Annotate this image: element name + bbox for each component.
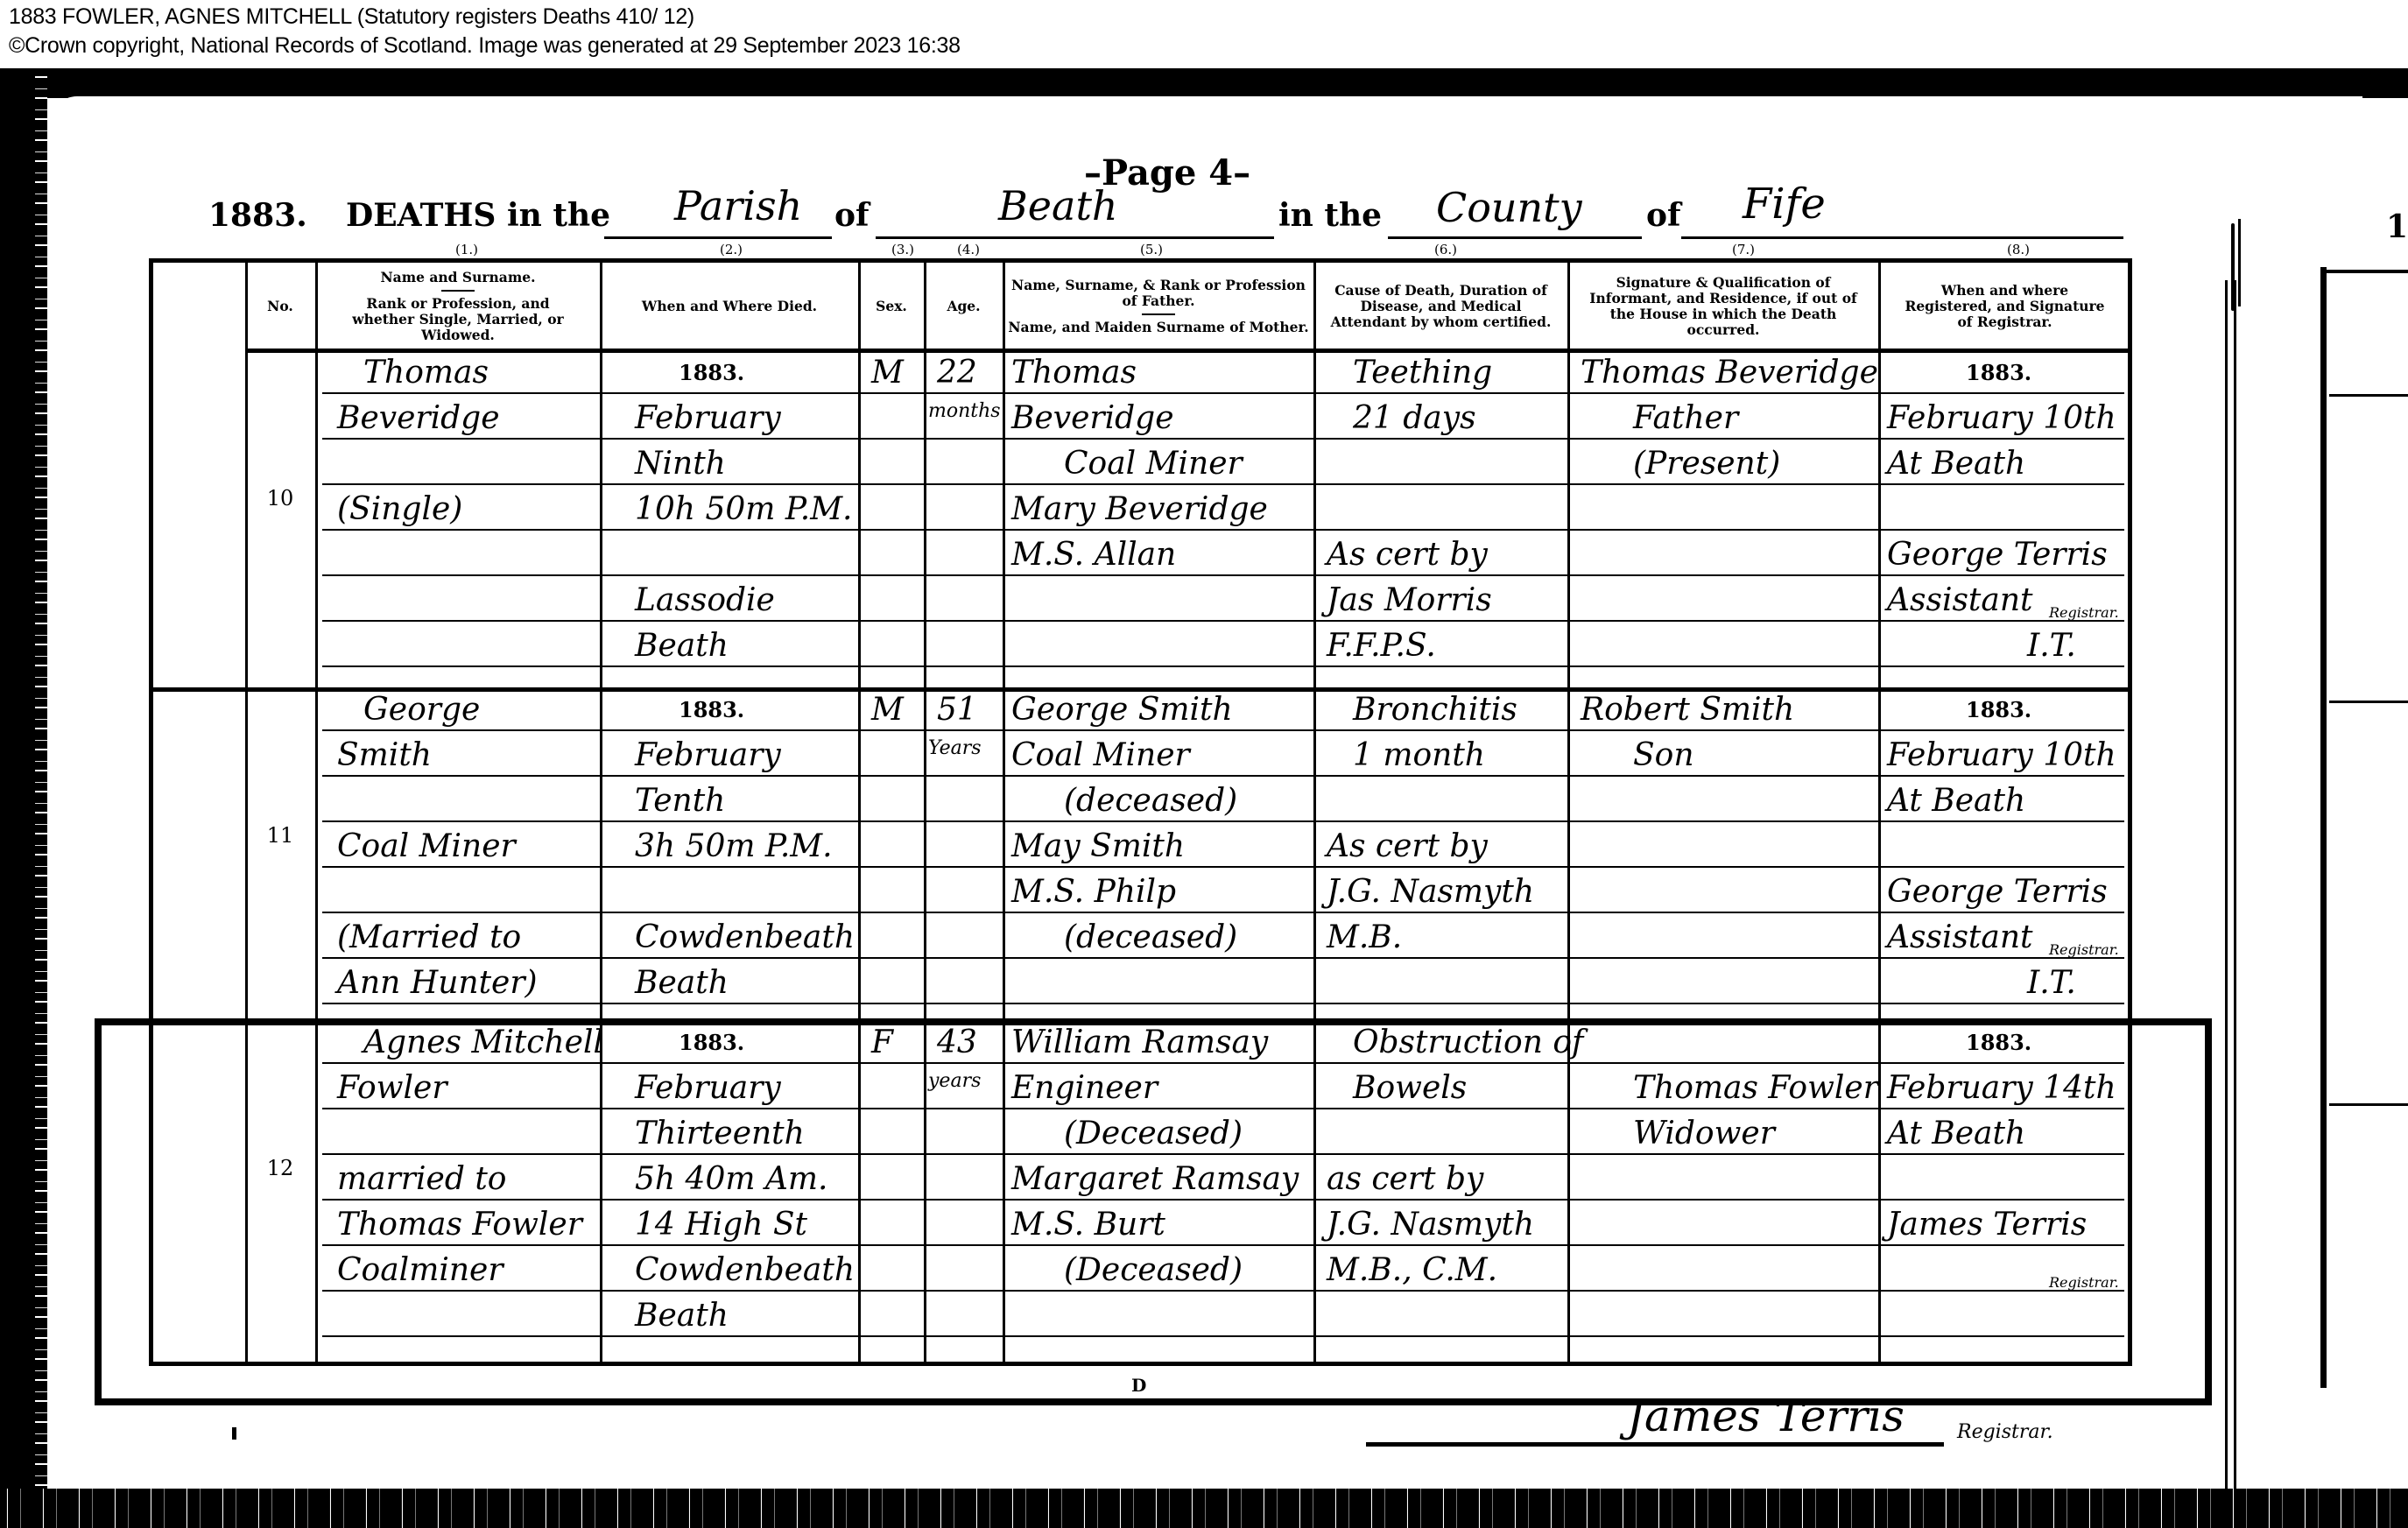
entry-died-line: Beath [635,966,729,1001]
entry-parents-line: Coal Miner [1064,447,1243,482]
entry-died-line: February [635,738,781,773]
entry-informant-line: Robert Smith [1581,693,1794,728]
column-number: (7.) [1732,242,1755,257]
underline [876,236,1274,239]
signature-line [1366,1442,1944,1447]
header-informant: Signature & Qualification of Informant, … [1569,263,1877,350]
entry-registered-line: 1883. [1966,693,2031,728]
ruled-line [322,1003,2124,1004]
underline [1681,236,2123,239]
binding-line [2234,280,2236,1489]
entry-cause-line: As cert by [1327,538,1488,573]
entry-parents-line: George Smith [1011,693,1233,728]
entry-informant-line: (Present) [1633,447,1780,482]
of-label: of [834,197,870,234]
deaths-in-label: DEATHS in the [346,197,610,234]
next-page-rule [2329,701,2408,703]
entry-registered-line: At Beath [1887,784,2025,819]
ruled-line [322,620,2124,622]
entry-died-line: 3h 50m P.M. [635,829,833,864]
header-label: When and Where Died. [642,299,817,314]
header-divider [441,290,475,292]
entry-registered-line: February 10th [1887,401,2116,436]
binding-line [2225,280,2228,1489]
entry-cause-line: J.G. Nasmyth [1327,875,1534,910]
header-when-where: When and Where Died. [602,263,857,350]
ruled-line [322,912,2124,913]
entry-cause-line: 1 month [1353,738,1485,773]
ruled-line [322,866,2124,868]
entry-name-line: Ann Hunter) [337,966,538,1001]
column-number: (8.) [2007,242,2030,257]
ruled-line [322,775,2124,777]
next-page-rule [2329,394,2408,397]
entry-died-line: Tenth [635,784,725,819]
entry-died-line: 1883. [679,356,744,391]
entry-name-line: Coal Miner [337,829,516,864]
entry-registered-line: I.T. [2027,966,2076,1001]
entry-parents-line: Coal Miner [1011,738,1190,773]
ruled-line [322,957,2124,959]
region-name: Fife [1743,180,1826,229]
header-sex: Sex. [860,263,923,350]
ruled-line [322,392,2124,394]
region-type: County [1436,184,1582,231]
registrar-signature: James Terris [1627,1391,1905,1441]
entry-name-line: (Single) [337,492,462,527]
entry-cause-line: As cert by [1327,829,1488,864]
header-label: Name and Surname. [380,270,535,285]
entry-cause-line: M.B. [1327,920,1402,955]
entry-parents-line: (deceased) [1064,784,1237,819]
header-label: No. [267,299,293,314]
selected-entry-highlight [95,1018,2212,1405]
column-number: (1.) [455,242,478,257]
entry-died-line: Cowdenbeath [635,920,855,955]
next-page-rule [2327,270,2408,273]
ruled-line [322,529,2124,531]
entry-name-line: Thomas [363,356,489,391]
entry-parents-line: Thomas [1011,356,1137,391]
entry-died-line: 10h 50m P.M. [635,492,853,527]
entry-parents-line: (deceased) [1064,920,1237,955]
of-label: of [1646,197,1681,234]
ruled-line [322,729,2124,731]
entry-parents-line: May Smith [1011,829,1185,864]
scan-border-top [0,68,2408,98]
entry-name-line: George [363,693,480,728]
entry-age: 22 [937,356,977,391]
ruled-line [322,820,2124,822]
entry-registered-line: I.T. [2027,629,2076,664]
entry-registered-line: 1883. [1966,356,2031,391]
entry-name-line: Beveridge [337,401,500,436]
header-divider [1142,313,1175,315]
page-marker: D [1131,1375,1146,1396]
registrar-label: Registrar. [1957,1421,2053,1443]
entry-cause-line: F.F.P.S. [1327,629,1436,664]
underline [1388,236,1642,239]
ruled-line [322,438,2124,440]
entry-name-line: Smith [337,738,432,773]
header-label: Sex. [876,299,907,314]
header-name: Name and Surname. Rank or Profession, an… [317,263,599,350]
scan-border-left [0,68,46,1504]
entry-died-line: Lassodie [635,583,775,618]
registrar-label: Registrar. [2049,595,2119,630]
entry-cause-line: Jas Morris [1327,583,1492,618]
entry-number: 10 [245,486,315,511]
entry-died-line: Beath [635,629,729,664]
entry-registered-line: Assistant [1887,583,2033,618]
column-number: (5.) [1140,242,1163,257]
entry-age-unit: Years [928,731,982,766]
entry-parents-line: Beveridge [1011,401,1174,436]
header-label: Name, and Maiden Surname of Mother. [1008,320,1308,335]
entry-parents-line: Mary Beveridge [1011,492,1268,527]
ruled-line [322,574,2124,576]
registrar-label: Registrar. [2049,933,2119,968]
in-the-label: in the [1278,197,1382,234]
entry-parents-line: M.S. Allan [1011,538,1176,573]
ink-mark [232,1427,236,1440]
header-registered: When and where Registered, and Signature… [1880,263,2130,350]
entry-registered-line: Assistant [1887,920,2033,955]
district-type: Parish [674,182,802,229]
entry-number: 11 [245,823,315,848]
entry-cause-line: Bronchitis [1353,693,1517,728]
entry-registered-line: George Terris [1887,875,2108,910]
header-label: Signature & Qualification of Informant, … [1577,275,1870,338]
entry-informant-line: Son [1633,738,1694,773]
entry-sex: M [871,356,904,391]
header-age: Age. [926,263,1002,350]
column-number: (3.) [891,242,914,257]
entry-informant-line: Thomas Beveridge [1581,356,1878,391]
header-label: When and where Registered, and Signature… [1896,283,2115,330]
record-title: 1883 FOWLER, AGNES MITCHELL (Statutory r… [9,4,694,30]
entry-registered-line: February 10th [1887,738,2116,773]
entry-name-line: (Married to [337,920,521,955]
entry-died-line: February [635,401,781,436]
column-number: (4.) [957,242,980,257]
entry-informant-line: Father [1633,401,1738,436]
header-label: Cause of Death, Duration of Disease, and… [1325,283,1557,330]
entry-registered-line: At Beath [1887,447,2025,482]
entry-died-line: Ninth [635,447,726,482]
entry-age-unit: months [928,394,1001,429]
entry-registered-line: George Terris [1887,538,2108,573]
ruled-line [322,665,2124,667]
register-year: 1883. [208,197,307,234]
header-cause: Cause of Death, Duration of Disease, and… [1315,263,1567,350]
copyright-notice: ©Crown copyright, National Records of Sc… [9,32,961,59]
next-page-rule [2329,1103,2408,1106]
entry-cause-line: Teething [1353,356,1492,391]
entry-died-line: 1883. [679,693,744,728]
column-number: (6.) [1434,242,1457,257]
next-page-border [2320,267,2327,1388]
scan-border-bottom [0,1489,2408,1528]
entry-cause-line: 21 days [1353,401,1476,436]
column-number: (2.) [720,242,743,257]
district-name: Beath [998,182,1118,229]
entry-parents-line: M.S. Philp [1011,875,1176,910]
header-no: No. [245,263,315,350]
underline [604,236,832,239]
ruled-line [322,483,2124,485]
binding-mark [2238,219,2241,306]
entry-age: 51 [937,693,977,728]
next-page-year: 1 [2386,208,2408,245]
header-parents: Name, Surname, & Rank or Profession of F… [1004,263,1313,350]
header-label: Age. [947,299,980,314]
header-label: Name, Surname, & Rank or Profession of F… [1010,278,1307,309]
entry-sex: M [871,693,904,728]
header-label: Rank or Profession, and whether Single, … [340,296,576,343]
